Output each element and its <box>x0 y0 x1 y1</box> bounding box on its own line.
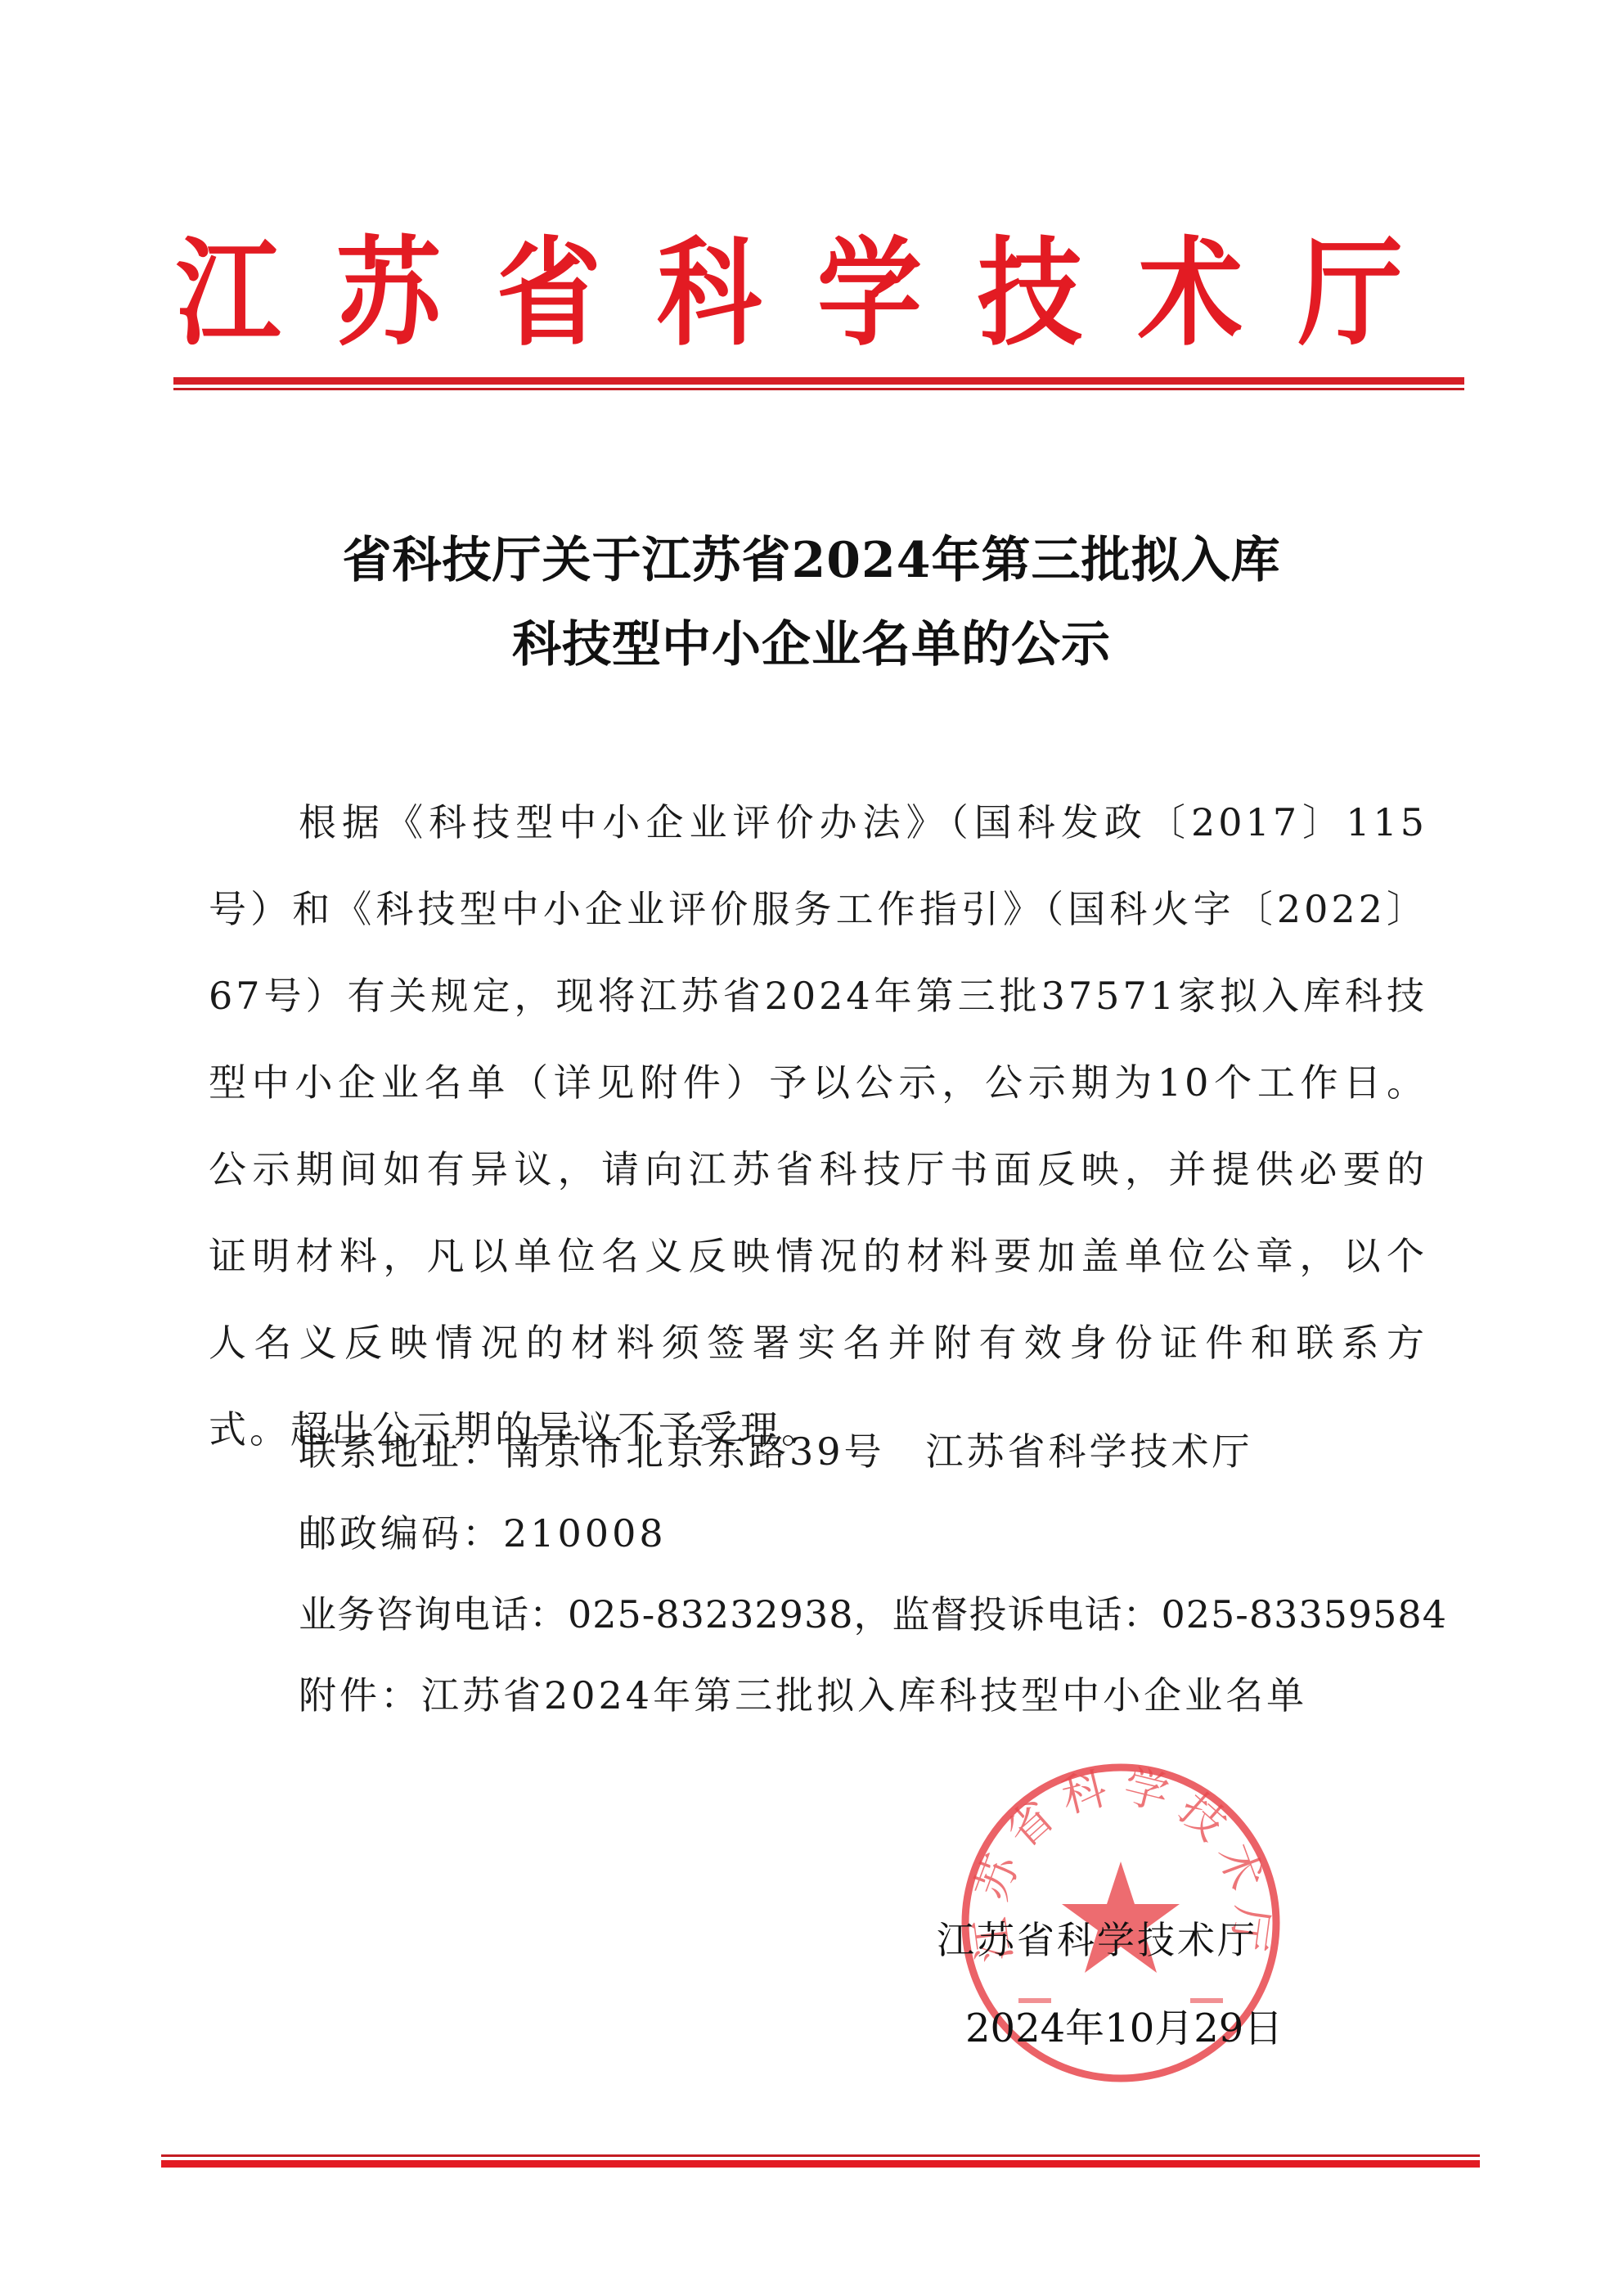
contact-postcode: 邮政编码：210008 <box>299 1504 1444 1558</box>
address-label: 联系地址： <box>299 1429 503 1474</box>
red-rule-thick <box>173 377 1464 385</box>
complaint-label: ，监督投诉电话： <box>853 1592 1161 1636</box>
signature-org: 江苏省科学技术厅 <box>937 1911 1257 1965</box>
contact-address: 联系地址：南京市北京东路39号江苏省科学技术厅 <box>299 1422 1444 1476</box>
complaint-phone: 025-83359584 <box>1161 1592 1446 1636</box>
consult-label: 业务咨询电话： <box>299 1592 568 1636</box>
address-org: 江苏省科学技术厅 <box>926 1429 1253 1474</box>
red-rule-thick <box>161 2160 1480 2168</box>
masthead-char: 术 <box>1138 236 1243 353</box>
notice-title-line-2: 科技型中小企业名单的公示 <box>0 606 1623 676</box>
document-page: 江 苏 省 科 学 技 术 厅 省科技厅关于江苏省2024年第三批拟入库 科技型… <box>0 0 1623 2296</box>
consult-phone: 025-83232938 <box>568 1592 853 1636</box>
signature-date: 2024年10月29日 <box>965 1997 1283 2053</box>
masthead-red-rule <box>173 377 1464 390</box>
masthead-char: 江 <box>176 236 281 353</box>
postcode-label: 邮政编码： <box>299 1511 503 1555</box>
attachment-label: 附件： <box>299 1673 421 1717</box>
postcode-value: 210008 <box>503 1511 667 1555</box>
red-rule-thin <box>173 388 1464 390</box>
body-line: 人名义反映情况的材料须签署实名并附有效身份证件和联系方 <box>209 1299 1427 1386</box>
masthead-char: 苏 <box>336 236 441 353</box>
contact-phones: 业务咨询电话：025-83232938，监督投诉电话：025-83359584 <box>299 1585 1444 1639</box>
footer-red-rule <box>161 2154 1480 2168</box>
body-line: 公示期间如有异议，请向江苏省科技厅书面反映，并提供必要的 <box>209 1126 1427 1213</box>
attachment-line: 附件：江苏省2024年第三批拟入库科技型中小企业名单 <box>299 1666 1444 1720</box>
red-rule-thin <box>161 2154 1480 2157</box>
masthead-char: 科 <box>657 236 762 353</box>
address-value: 南京市北京东路39号 <box>503 1429 885 1474</box>
masthead-char: 厅 <box>1298 236 1403 353</box>
notice-body: 根据《科技型中小企业评价办法》（国科发政〔2017〕115 号）和《科技型中小企… <box>209 779 1427 1473</box>
body-line: 67号）有关规定，现将江苏省2024年第三批37571家拟入库科技 <box>209 952 1427 1039</box>
attachment-name[interactable]: 江苏省2024年第三批拟入库科技型中小企业名单 <box>421 1673 1307 1717</box>
notice-title-line-1: 省科技厅关于江苏省2024年第三批拟入库 <box>0 521 1623 592</box>
masthead-char: 技 <box>978 236 1082 353</box>
body-line: 证明材料，凡以单位名义反映情况的材料要加盖单位公章，以个 <box>209 1213 1427 1299</box>
body-line: 号）和《科技型中小企业评价服务工作指引》（国科火字〔2022〕 <box>209 866 1427 952</box>
body-line: 根据《科技型中小企业评价办法》（国科发政〔2017〕115 <box>209 779 1427 866</box>
masthead-char: 学 <box>817 236 922 353</box>
body-line: 型中小企业名单（详见附件）予以公示，公示期为10个工作日。 <box>209 1039 1427 1126</box>
masthead-char: 省 <box>497 236 601 353</box>
masthead-title: 江 苏 省 科 学 技 术 厅 <box>176 233 1403 356</box>
